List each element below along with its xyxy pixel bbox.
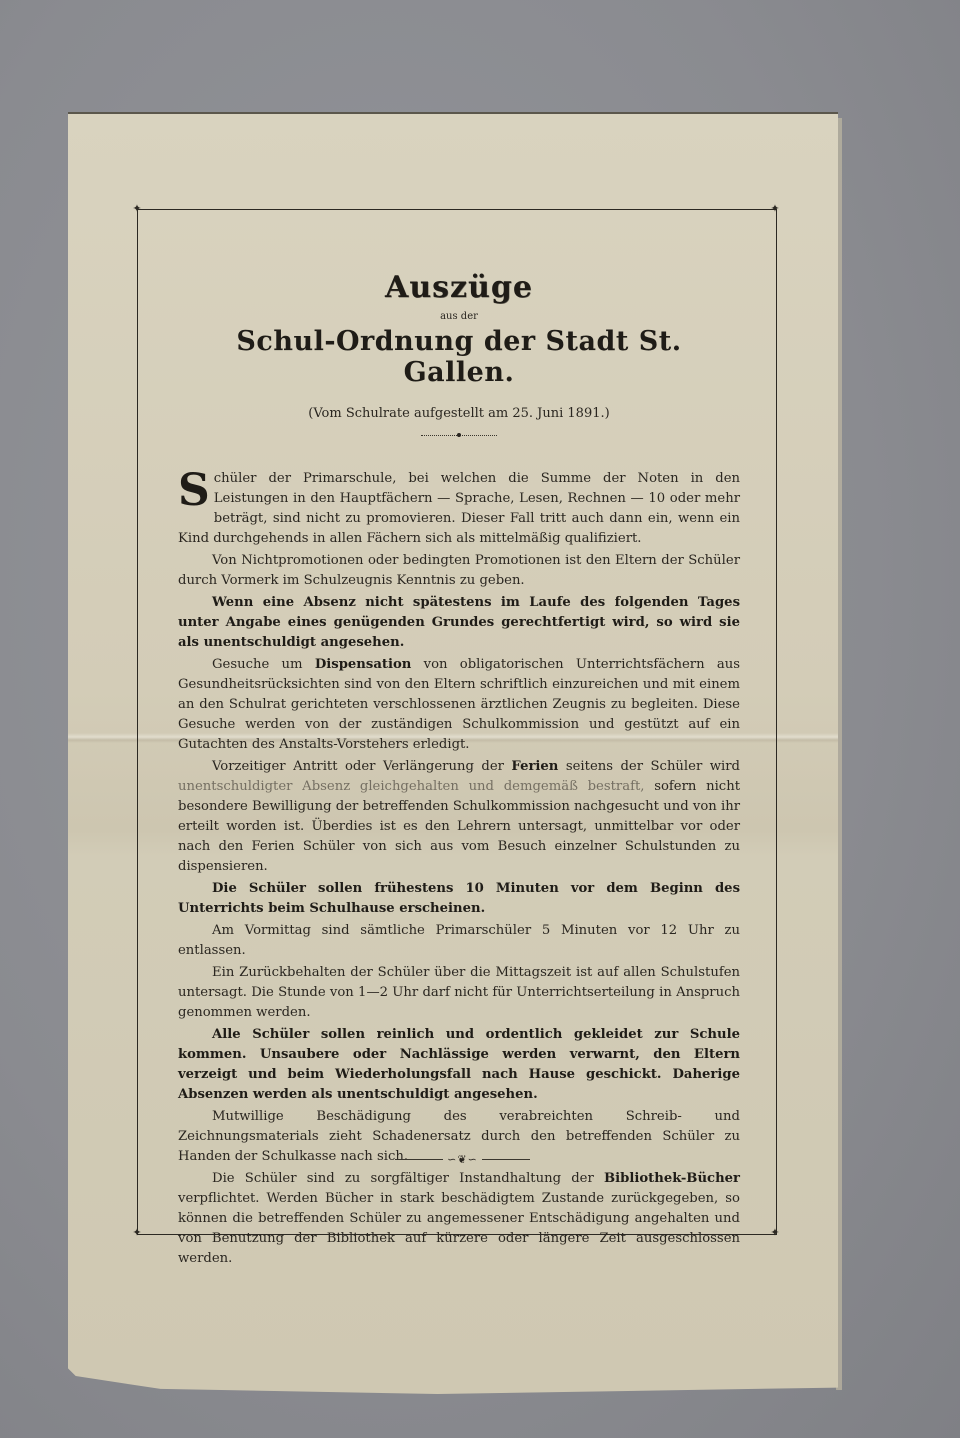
paragraph-midday: Ein Zurückbehalten der Schüler über die …	[178, 963, 740, 1023]
paragraph-dispensation: Gesuche um Dispensation von obligatorisc…	[178, 655, 740, 755]
paragraph-dismissal: Am Vormittag sind sämtliche Primarschüle…	[178, 921, 740, 961]
dropcap-letter: S	[178, 471, 210, 511]
paragraph-cleanliness: Alle Schüler sollen reinlich und ordentl…	[178, 1025, 740, 1105]
corner-ornament-icon: ✦	[768, 1226, 782, 1240]
paragraph-non-promotion: Von Nichtpromotionen oder bedingten Prom…	[178, 551, 740, 591]
corner-ornament-icon: ✦	[130, 1226, 144, 1240]
title-divider-icon	[421, 431, 497, 439]
corner-ornament-icon: ✦	[768, 202, 782, 216]
paragraph-promotion: Schüler der Primarschule, bei welchen di…	[178, 469, 740, 549]
paragraph-arrival: Die Schüler sollen frühestens 10 Minuten…	[178, 879, 740, 919]
paragraph-absence: Wenn eine Absenz nicht spätestens im Lau…	[178, 593, 740, 653]
paragraph-library: Die Schüler sind zu sorgfältiger Instand…	[178, 1169, 740, 1269]
paragraph-holidays: Vorzeitiger Antritt oder Verlängerung de…	[178, 757, 740, 877]
title-preposition: aus der	[178, 311, 740, 322]
end-flourish-icon: ∽❦∽	[395, 1152, 530, 1166]
date-line: (Vom Schulrate aufgestellt am 25. Juni 1…	[178, 406, 740, 421]
corner-ornament-icon: ✦	[130, 202, 144, 216]
document-heading: Schul-Ordnung der Stadt St. Gallen.	[178, 326, 740, 388]
document-title: Auszüge	[178, 270, 740, 305]
document-body: Auszüge aus der Schul-Ordnung der Stadt …	[178, 270, 740, 1271]
